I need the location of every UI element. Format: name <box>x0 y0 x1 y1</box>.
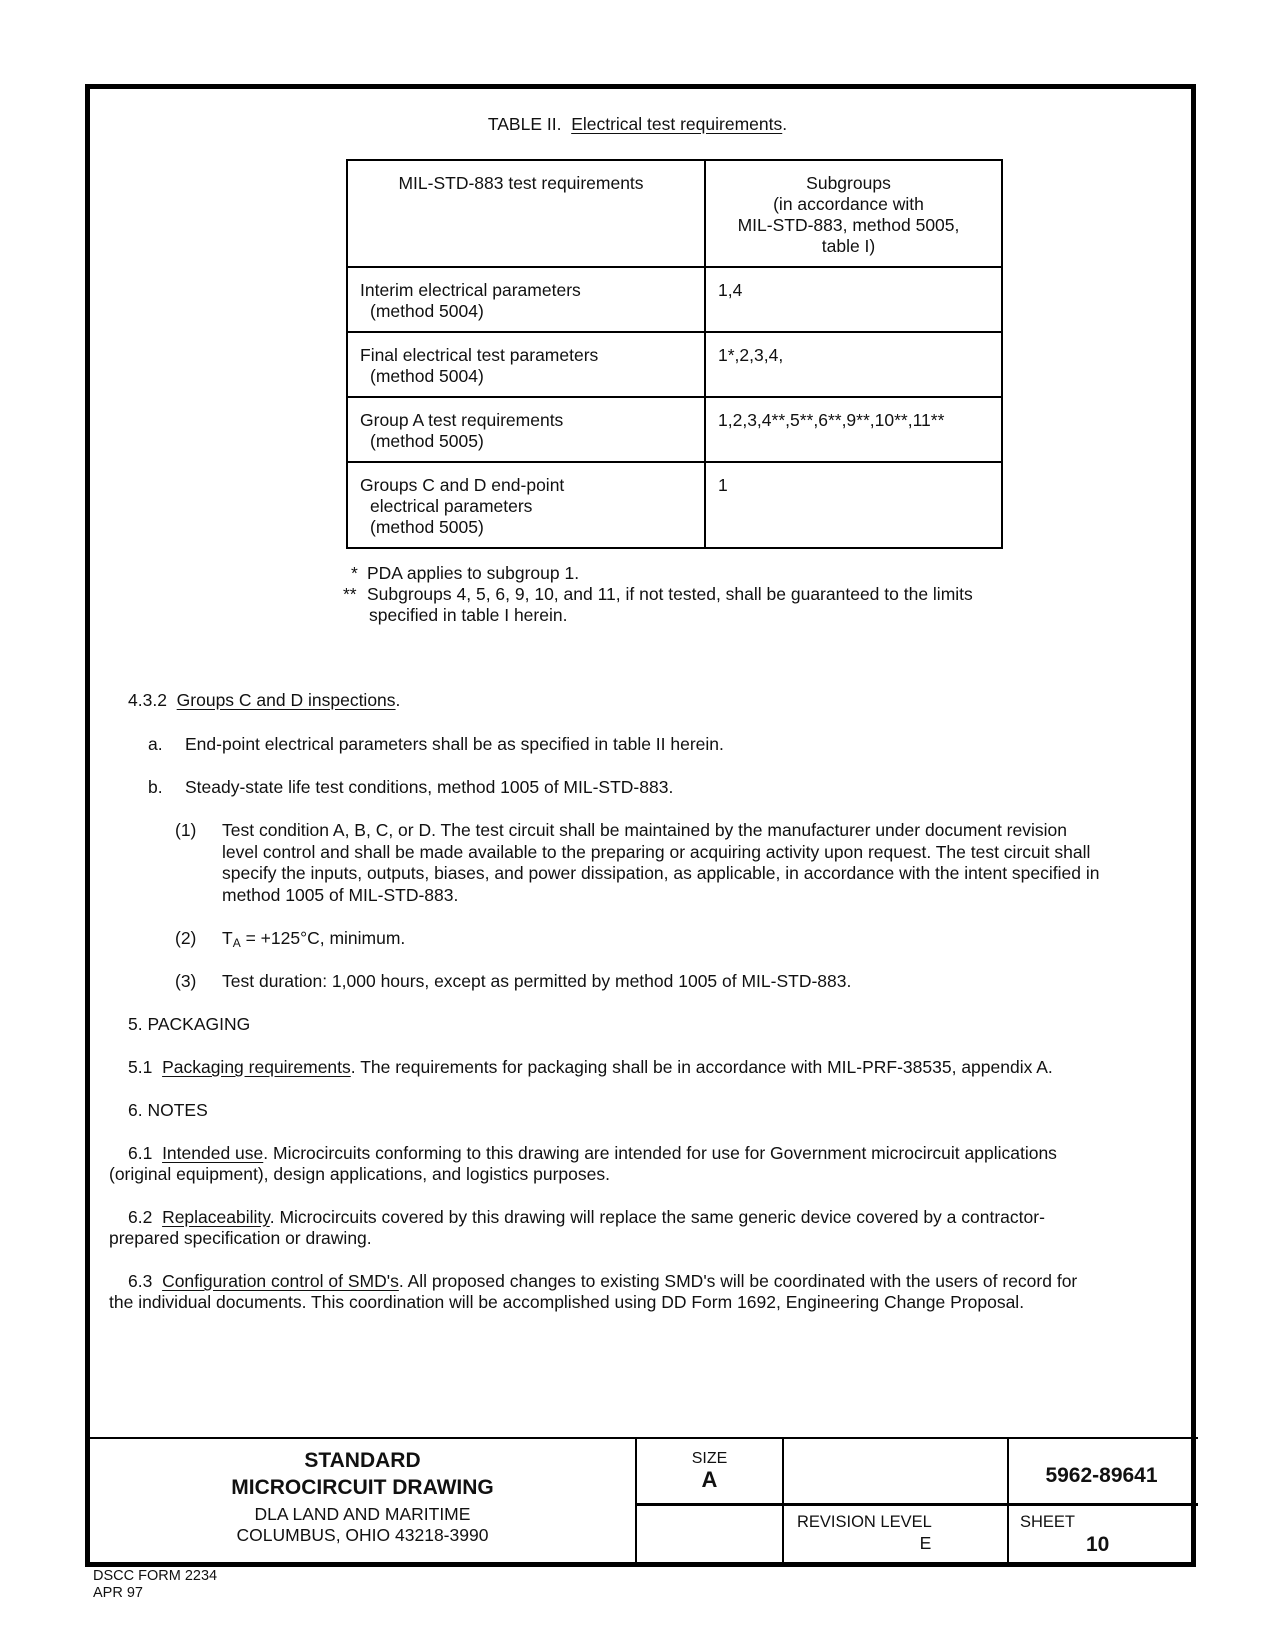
paragraph-5-1: 5.1 Packaging requirements. The requirem… <box>128 1057 1053 1079</box>
paragraph-title: Configuration control of SMD's <box>162 1271 399 1291</box>
form-number: DSCC FORM 2234 <box>93 1568 217 1585</box>
item-b-text: Steady-state life test conditions, metho… <box>185 777 673 799</box>
footnote-double-asterisk-text: Subgroups 4, 5, 6, 9, 10, and 11, if not… <box>367 584 973 605</box>
header-subgroups: Subgroups (in accordance with MIL-STD-88… <box>705 160 1002 267</box>
paragraph-title: Replaceability <box>162 1207 270 1227</box>
paragraph-text: . Microcircuits conforming to this drawi… <box>263 1143 1057 1163</box>
subitem-1-line: Test condition A, B, C, or D. The test c… <box>222 820 1099 842</box>
paragraph-6-2-line1: 6.2 Replaceability. Microcircuits covere… <box>128 1207 1045 1229</box>
item-a-label: a. <box>148 734 163 756</box>
title-block-drawing-type: MICROCIRCUIT DRAWING <box>90 1476 635 1500</box>
section-number: 4.3.2 <box>128 690 167 710</box>
paragraph-text: . Microcircuits covered by this drawing … <box>270 1207 1045 1227</box>
table-row: Group A test requirements (method 5005) … <box>347 397 1002 462</box>
header-subgroups-line: (in accordance with <box>706 194 991 215</box>
footnote-single-asterisk-mark: * <box>351 563 358 584</box>
paragraph-title: Packaging requirements <box>162 1057 351 1077</box>
subitem-3-text: Test duration: 1,000 hours, except as pe… <box>222 971 851 993</box>
requirement-line: Final electrical test parameters <box>360 345 598 365</box>
requirement-line: (method 5004) <box>360 301 694 322</box>
section-title: Groups C and D inspections <box>177 690 396 710</box>
size-label: SIZE <box>637 1450 782 1468</box>
sheet-number: 10 <box>1086 1533 1109 1557</box>
table-title-suffix: . <box>782 114 787 134</box>
temp-subscript: A <box>233 936 241 950</box>
table-title-prefix: TABLE II. <box>488 114 562 134</box>
subitem-2-label: (2) <box>175 928 196 950</box>
row-subgroups: 1,4 <box>705 267 1002 332</box>
paragraph-6-1-line2: (original equipment), design application… <box>109 1164 610 1186</box>
header-test-requirements: MIL-STD-883 test requirements <box>347 160 705 267</box>
paragraph-number: 6.1 <box>128 1143 152 1163</box>
table-title: TABLE II. Electrical test requirements. <box>0 114 1275 135</box>
paragraph-text: . All proposed changes to existing SMD's… <box>399 1271 1077 1291</box>
requirement-line: Interim electrical parameters <box>360 280 581 300</box>
row-requirement: Final electrical test parameters (method… <box>347 332 705 397</box>
row-requirement: Group A test requirements (method 5005) <box>347 397 705 462</box>
row-subgroups: 1*,2,3,4, <box>705 332 1002 397</box>
paragraph-6-2-line2: prepared specification or drawing. <box>109 1228 372 1250</box>
electrical-test-requirements-table: MIL-STD-883 test requirements Subgroups … <box>346 159 1003 549</box>
row-requirement: Interim electrical parameters (method 50… <box>347 267 705 332</box>
requirement-line: (method 5005) <box>360 431 694 452</box>
paragraph-number: 6.2 <box>128 1207 152 1227</box>
temp-symbol: T <box>222 928 233 948</box>
header-subgroups-line: MIL-STD-883, method 5005, <box>706 215 991 236</box>
requirement-line: (method 5005) <box>360 517 694 538</box>
section-4-3-2-heading: 4.3.2 Groups C and D inspections. <box>128 690 400 712</box>
drawing-number: 5962-89641 <box>1009 1464 1194 1488</box>
subitem-1-label: (1) <box>175 820 196 842</box>
requirement-line: (method 5004) <box>360 366 694 387</box>
table-row: Interim electrical parameters (method 50… <box>347 267 1002 332</box>
item-a-text: End-point electrical parameters shall be… <box>185 734 724 756</box>
paragraph-6-1-line1: 6.1 Intended use. Microcircuits conformi… <box>128 1143 1057 1165</box>
title-block-middle-border <box>636 1503 1198 1506</box>
row-subgroups: 1 <box>705 462 1002 548</box>
title-block-standard: STANDARD <box>90 1449 635 1473</box>
subitem-1-line: specify the inputs, outputs, biases, and… <box>222 863 1099 885</box>
row-requirement: Groups C and D end-point electrical para… <box>347 462 705 548</box>
requirement-line: Group A test requirements <box>360 410 563 430</box>
subitem-1-line: method 1005 of MIL-STD-883. <box>222 885 1099 907</box>
title-block-agency: DLA LAND AND MARITIME <box>90 1504 635 1525</box>
requirement-line: electrical parameters <box>360 496 694 517</box>
table-header-row: MIL-STD-883 test requirements Subgroups … <box>347 160 1002 267</box>
table-title-text: Electrical test requirements <box>571 114 782 134</box>
header-subgroups-line: Subgroups <box>706 173 991 194</box>
subitem-1-line: level control and shall be made availabl… <box>222 842 1099 864</box>
temp-value: = +125°C, minimum. <box>241 928 406 948</box>
paragraph-6-3-line2: the individual documents. This coordinat… <box>109 1292 1024 1314</box>
title-block-top-border <box>90 1437 1198 1439</box>
paragraph-number: 5.1 <box>128 1057 152 1077</box>
row-subgroups: 1,2,3,4**,5**,6**,9**,10**,11** <box>705 397 1002 462</box>
revision-level-label: REVISION LEVEL <box>797 1513 932 1532</box>
subitem-3-label: (3) <box>175 971 196 993</box>
paragraph-text: . The requirements for packaging shall b… <box>351 1057 1053 1077</box>
table-row: Groups C and D end-point electrical para… <box>347 462 1002 548</box>
revision-level-value: E <box>784 1533 1037 1554</box>
requirement-line: Groups C and D end-point <box>360 475 564 495</box>
item-b-label: b. <box>148 777 163 799</box>
paragraph-6-3-line1: 6.3 Configuration control of SMD's. All … <box>128 1271 1077 1293</box>
subitem-1-text: Test condition A, B, C, or D. The test c… <box>222 820 1099 906</box>
footnote-double-asterisk-mark: ** <box>343 584 357 605</box>
form-date: APR 97 <box>93 1585 143 1602</box>
paragraph-title: Intended use <box>162 1143 263 1163</box>
paragraph-number: 6.3 <box>128 1271 152 1291</box>
header-subgroups-line: table I) <box>706 236 991 257</box>
section-6-heading: 6. NOTES <box>128 1100 208 1122</box>
table-row: Final electrical test parameters (method… <box>347 332 1002 397</box>
sheet-label: SHEET <box>1020 1513 1075 1532</box>
size-value: A <box>637 1467 782 1493</box>
footnote-double-asterisk-text-cont: specified in table I herein. <box>369 605 567 626</box>
title-block-address: COLUMBUS, OHIO 43218-3990 <box>90 1525 635 1546</box>
section-5-heading: 5. PACKAGING <box>128 1014 250 1036</box>
subitem-2-text: TA = +125°C, minimum. <box>222 928 405 955</box>
footnote-single-asterisk-text: PDA applies to subgroup 1. <box>367 563 579 584</box>
